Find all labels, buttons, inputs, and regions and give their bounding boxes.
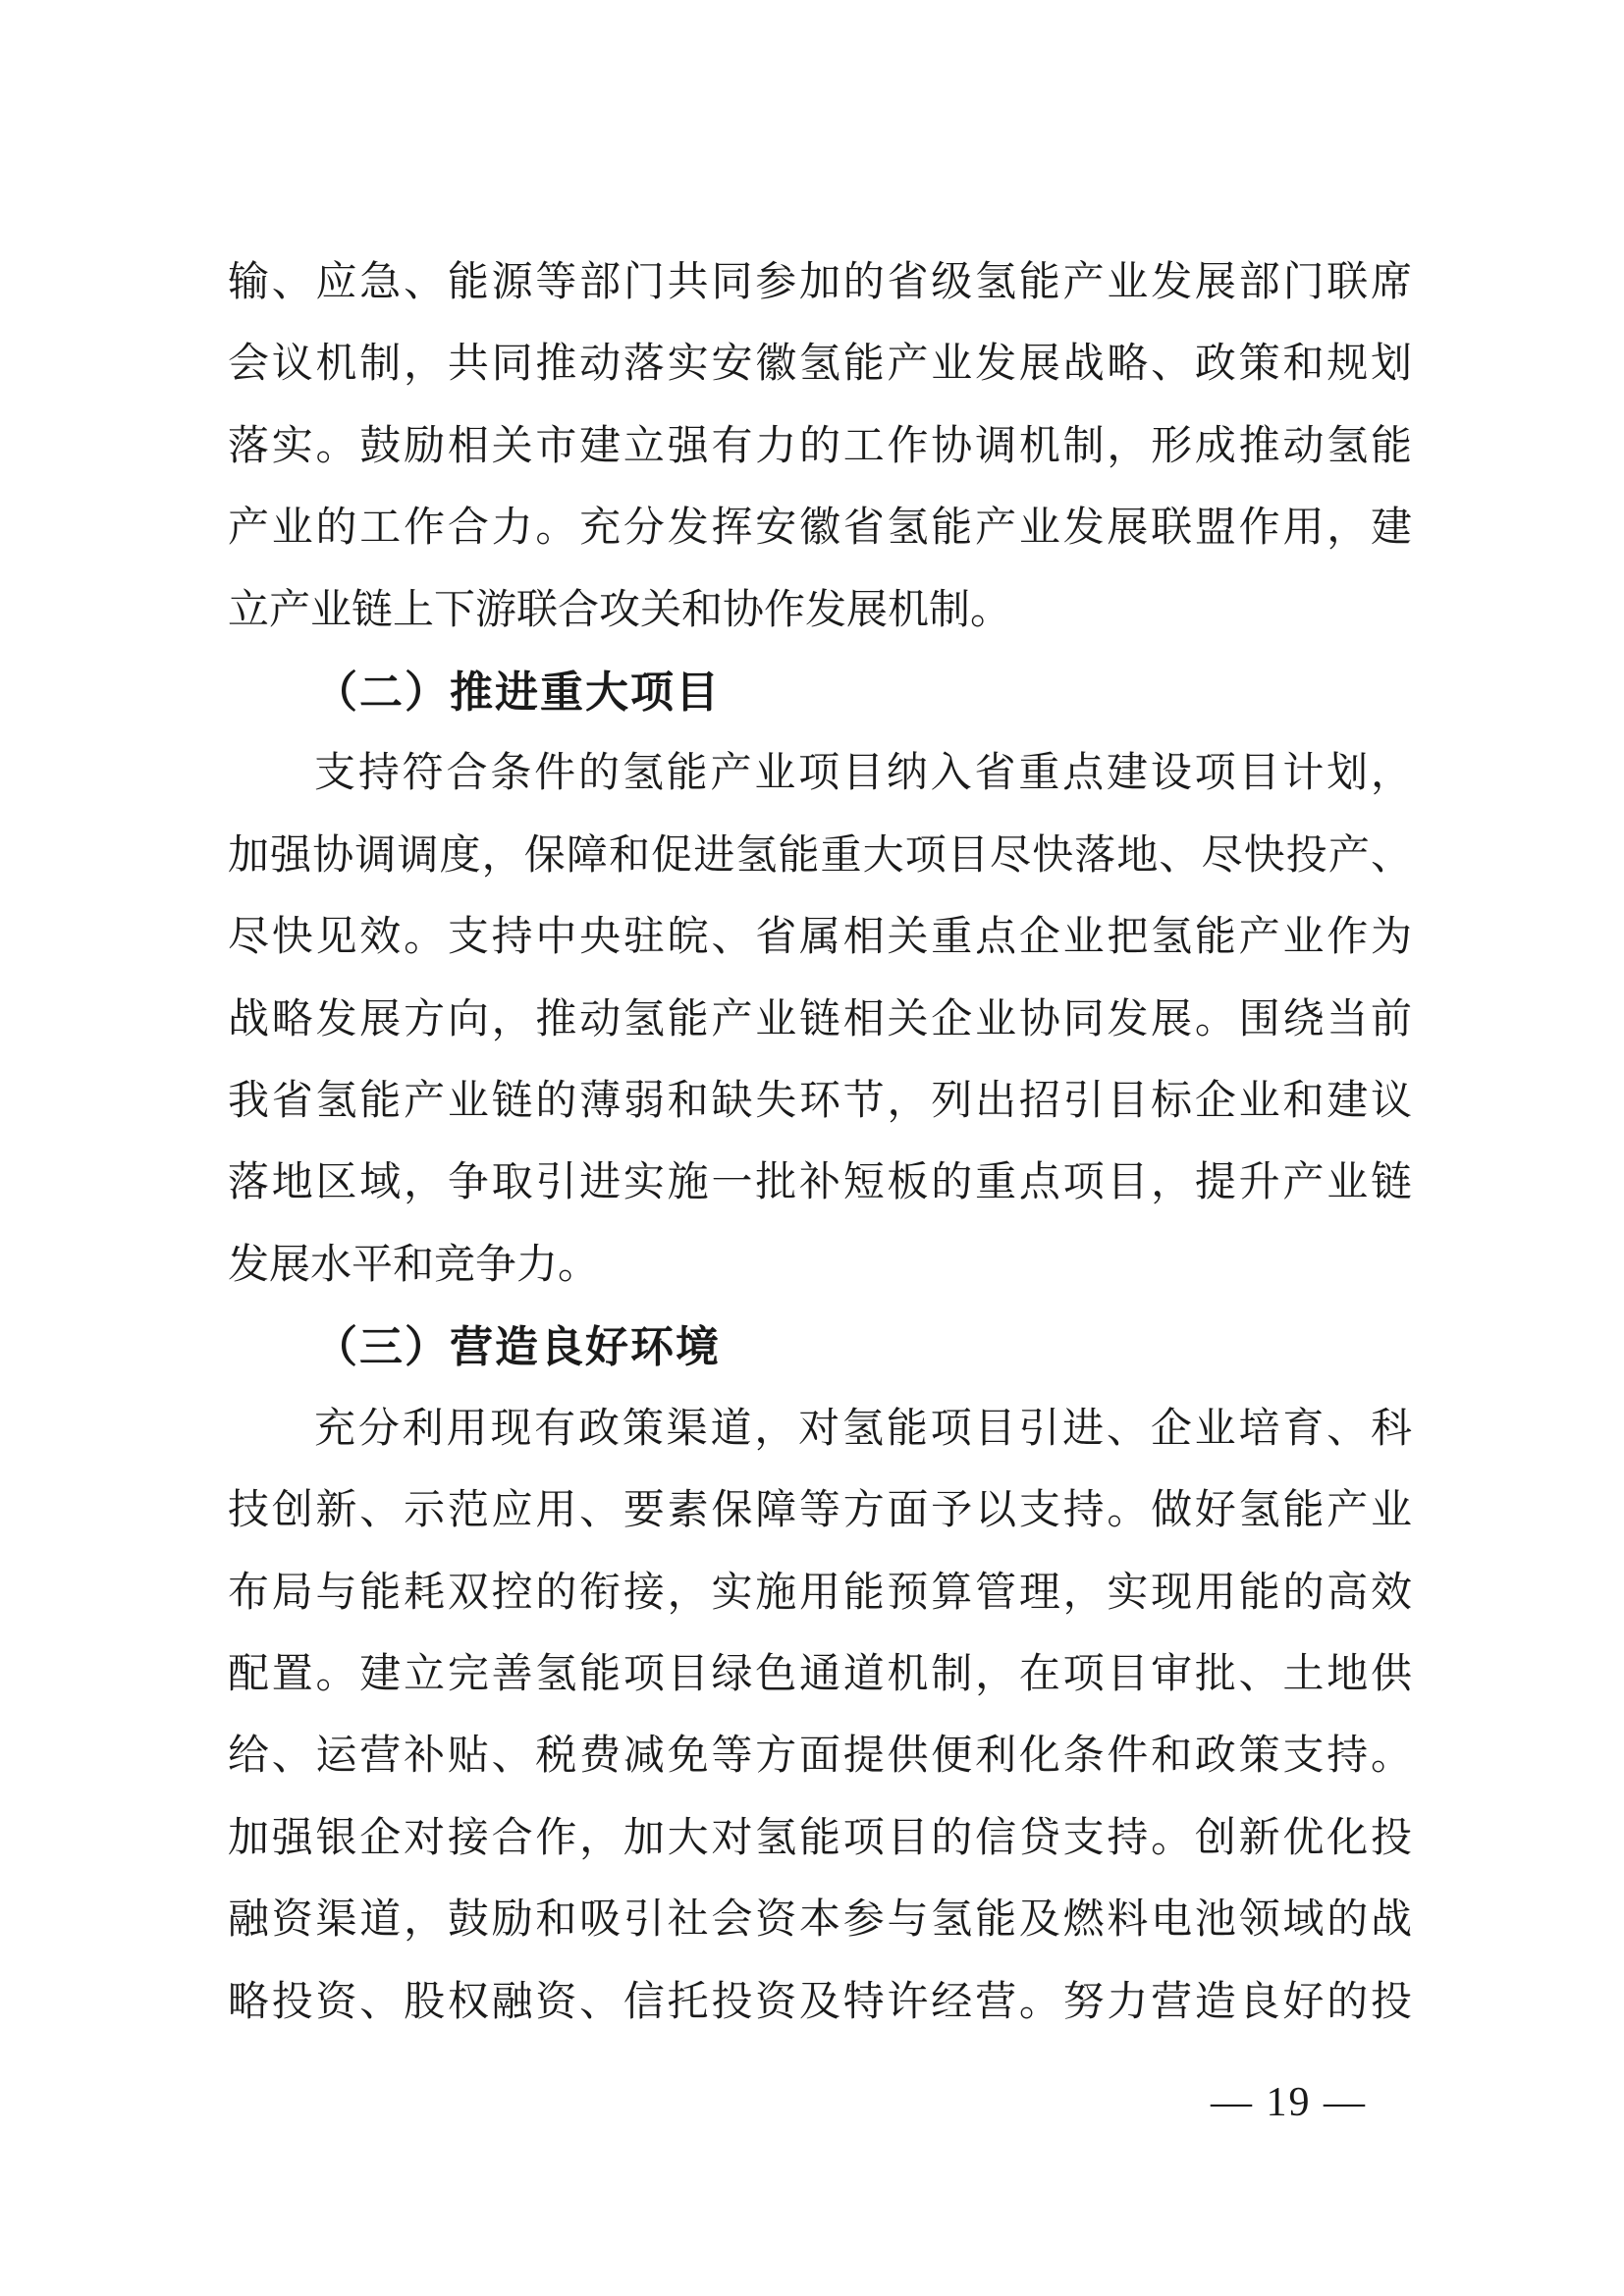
- paragraph-line: 给、运营补贴、税费减免等方面提供便利化条件和政策支持。: [228, 1716, 1412, 1797]
- paragraph-line: 充分利用现有政策渠道，对氢能项目引进、企业培育、科: [228, 1389, 1412, 1470]
- paragraph-line: 支持符合条件的氢能产业项目纳入省重点建设项目计划，: [228, 733, 1412, 815]
- paragraph-line: 立产业链上下游联合攻关和协作发展机制。: [228, 570, 1412, 652]
- heading-text: （三）营造良好环境: [228, 1307, 1412, 1388]
- paragraph-line: 略投资、股权融资、信托投资及特许经营。努力营造良好的投: [228, 1962, 1412, 2044]
- paragraph: 充分利用现有政策渠道，对氢能项目引进、企业培育、科技创新、示范应用、要素保障等方…: [228, 1389, 1412, 2044]
- paragraph-line: 技创新、示范应用、要素保障等方面予以支持。做好氢能产业: [228, 1470, 1412, 1552]
- paragraph-line: 会议机制，共同推动落实安徽氢能产业发展战略、政策和规划: [228, 324, 1412, 405]
- paragraph-line: 发展水平和竞争力。: [228, 1225, 1412, 1307]
- paragraph: 支持符合条件的氢能产业项目纳入省重点建设项目计划，加强协调调度，保障和促进氢能重…: [228, 733, 1412, 1307]
- document-page: 输、应急、能源等部门共同参加的省级氢能产业发展部门联席会议机制，共同推动落实安徽…: [0, 0, 1624, 2296]
- paragraph-line: 尽快见效。支持中央驻皖、省属相关重点企业把氢能产业作为: [228, 897, 1412, 979]
- paragraph-line: 布局与能耗双控的衔接，实施用能预算管理，实现用能的高效: [228, 1553, 1412, 1634]
- paragraph-line: 加强协调调度，保障和促进氢能重大项目尽快落地、尽快投产、: [228, 816, 1412, 897]
- heading-text: （二）推进重大项目: [228, 652, 1412, 733]
- paragraph-line: 我省氢能产业链的薄弱和缺失环节，列出招引目标企业和建议: [228, 1061, 1412, 1143]
- paragraph-line: 融资渠道，鼓励和吸引社会资本参与氢能及燃料电池领域的战: [228, 1880, 1412, 1961]
- paragraph-line: 配置。建立完善氢能项目绿色通道机制，在项目审批、土地供: [228, 1634, 1412, 1716]
- section-heading: （二）推进重大项目: [228, 652, 1412, 733]
- paragraph-line: 产业的工作合力。充分发挥安徽省氢能产业发展联盟作用，建: [228, 488, 1412, 569]
- page-number: — 19 —: [1211, 2073, 1367, 2132]
- document-body: 输、应急、能源等部门共同参加的省级氢能产业发展部门联席会议机制，共同推动落实安徽…: [228, 242, 1412, 2044]
- section-heading: （三）营造良好环境: [228, 1307, 1412, 1388]
- paragraph-line: 落实。鼓励相关市建立强有力的工作协调机制，形成推动氢能: [228, 406, 1412, 488]
- paragraph-line: 战略发展方向，推动氢能产业链相关企业协同发展。围绕当前: [228, 980, 1412, 1061]
- paragraph-line: 输、应急、能源等部门共同参加的省级氢能产业发展部门联席: [228, 242, 1412, 324]
- paragraph-line: 落地区域，争取引进实施一批补短板的重点项目，提升产业链: [228, 1143, 1412, 1224]
- paragraph: 输、应急、能源等部门共同参加的省级氢能产业发展部门联席会议机制，共同推动落实安徽…: [228, 242, 1412, 652]
- paragraph-line: 加强银企对接合作，加大对氢能项目的信贷支持。创新优化投: [228, 1798, 1412, 1880]
